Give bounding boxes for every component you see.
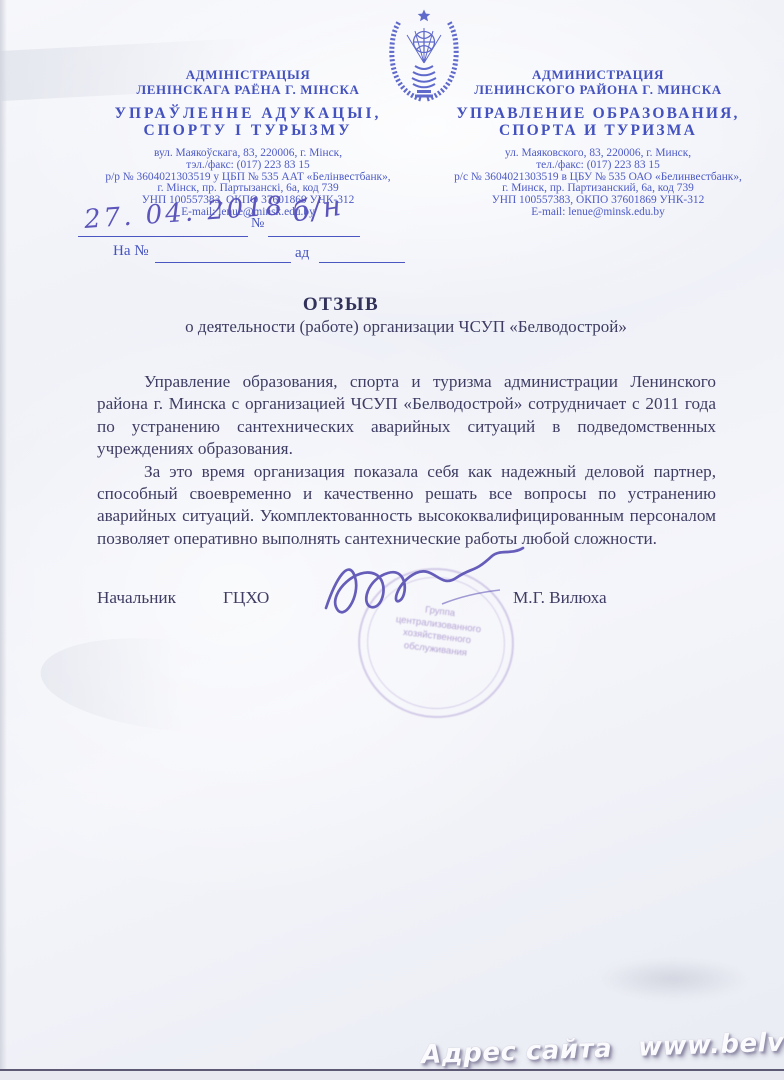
- org-line: СПОРТУ І ТУРЫЗМУ: [78, 122, 418, 139]
- reference-ad-label: ад: [295, 245, 309, 262]
- address-line: тел./факс: (017) 223 83 15: [428, 160, 768, 172]
- org-line: УПРАВЛЕНИЕ ОБРАЗОВАНИЯ,: [428, 105, 768, 122]
- admin-line: ЛЕНІНСКАГА РАЁНА Г. МІНСКА: [78, 83, 418, 98]
- number-underline: [268, 236, 360, 237]
- signer-position: Начальник: [97, 588, 176, 608]
- scanned-document-page: АДМІНІСТРАЦЫЯ ЛЕНІНСКАГА РАЁНА Г. МІНСКА…: [0, 0, 784, 1080]
- body-paragraph: Управление образования, спорта и туризма…: [97, 371, 716, 461]
- letterhead-russian: АДМИНИСТРАЦИЯ ЛЕНИНСКОГО РАЙОНА Г. МИНСК…: [428, 68, 768, 219]
- document-title: ОТЗЫВ: [241, 294, 441, 316]
- signer-name: М.Г. Вилюха: [513, 588, 607, 608]
- admin-line: ЛЕНИНСКОГО РАЙОНА Г. МИНСКА: [428, 83, 768, 98]
- signature-scrawl: [322, 544, 527, 639]
- org-line: СПОРТА И ТУРИЗМА: [428, 122, 768, 139]
- scan-bottom-strip: [0, 1071, 784, 1080]
- body-paragraph: За это время организация показала себя к…: [97, 461, 716, 551]
- handwritten-doc-number: б/н: [290, 189, 345, 229]
- document-body: Управление образования, спорта и туризма…: [97, 371, 716, 550]
- admin-line: АДМІНІСТРАЦЫЯ: [78, 68, 418, 83]
- signer-department: ГЦХО: [223, 588, 269, 608]
- reference-underline: [319, 262, 405, 263]
- document-subtitle: о деятельности (работе) организации ЧСУП…: [97, 317, 715, 337]
- admin-line: АДМИНИСТРАЦИЯ: [428, 68, 768, 83]
- site-watermark: Адрес сайта www.belvodo.by: [421, 1028, 782, 1071]
- number-sign-label: №: [251, 216, 264, 232]
- paper-crease: [36, 627, 304, 744]
- date-underline: [78, 236, 248, 237]
- org-line: УПРАЎЛЕННЕ АДУКАЦЫІ,: [78, 105, 418, 122]
- site-watermark-url: www.belvodo.by: [638, 1024, 784, 1063]
- scan-smudge: [598, 958, 748, 1000]
- site-watermark-label: Адрес сайта: [421, 1034, 613, 1071]
- scan-edge: [0, 0, 7, 1080]
- address-line: тэл./факс: (017) 223 83 15: [78, 160, 418, 172]
- reference-na-label: На №: [113, 243, 149, 260]
- address-line: E-mail: lenue@minsk.edu.by: [428, 207, 768, 219]
- reference-underline: [155, 262, 291, 263]
